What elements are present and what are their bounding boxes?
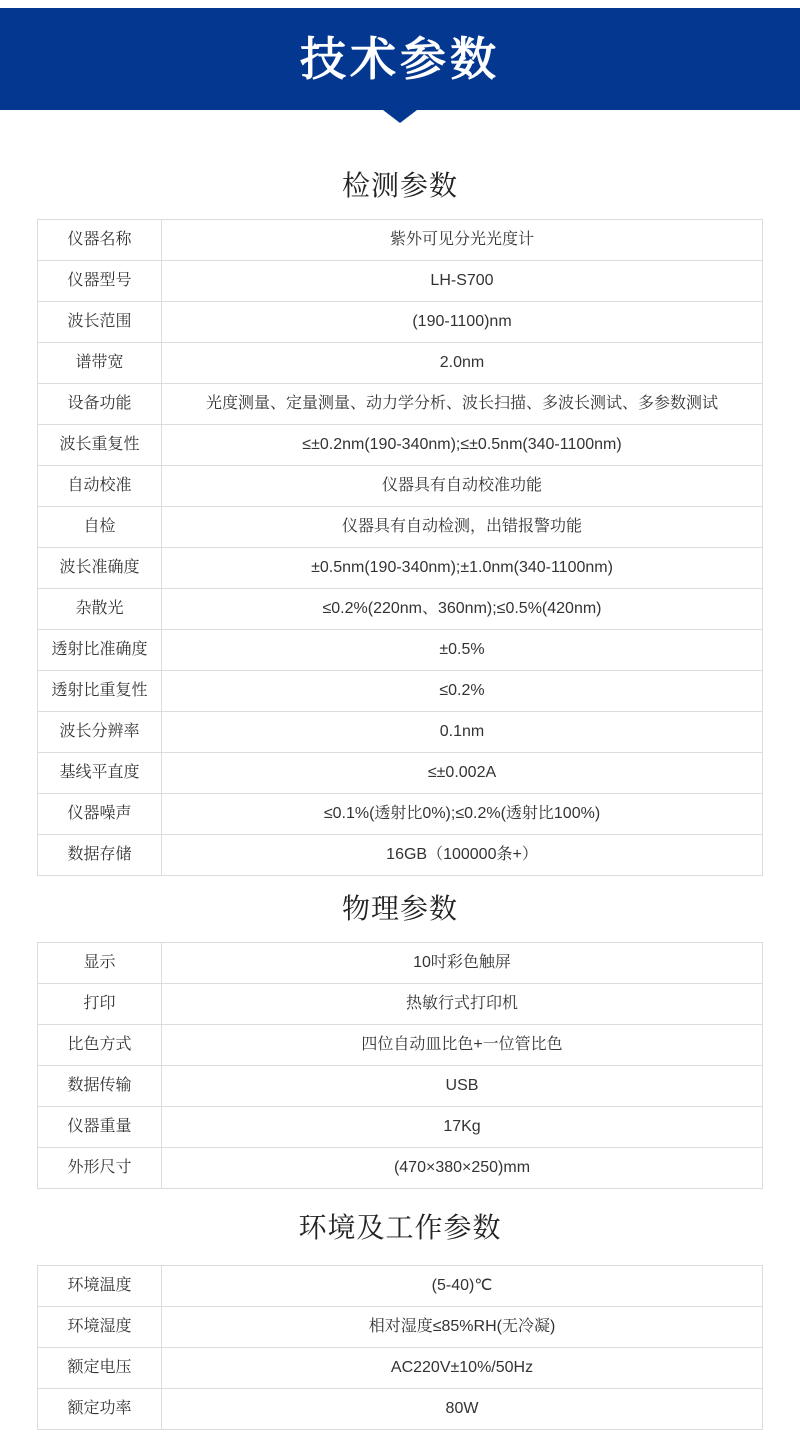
spec-value: ≤±0.002A: [162, 753, 762, 793]
spec-label: 仪器重量: [38, 1107, 162, 1147]
spec-value: (190-1100)nm: [162, 302, 762, 342]
banner-notch-triangle: [383, 110, 417, 123]
spec-label: 显示: [38, 943, 162, 983]
spec-value: (5-40)℃: [162, 1266, 762, 1306]
table-row: 谱带宽2.0nm: [38, 342, 762, 383]
table-row: 波长准确度±0.5nm(190-340nm);±1.0nm(340-1100nm…: [38, 547, 762, 588]
table-row: 额定功率80W: [38, 1388, 762, 1429]
table-row: 透射比重复性≤0.2%: [38, 670, 762, 711]
spec-label: 波长分辨率: [38, 712, 162, 752]
table-row: 环境湿度相对湿度≤85%RH(无冷凝): [38, 1306, 762, 1347]
spec-value: 80W: [162, 1389, 762, 1429]
spec-value: (470×380×250)mm: [162, 1148, 762, 1188]
table-row: 基线平直度≤±0.002A: [38, 752, 762, 793]
section-title-environment: 环境及工作参数: [0, 1211, 800, 1245]
spec-value: ≤0.2%: [162, 671, 762, 711]
table-row: 显示10吋彩色触屏: [38, 943, 762, 983]
spec-value: 仪器具有自动校准功能: [162, 466, 762, 506]
table-row: 设备功能光度测量、定量测量、动力学分析、波长扫描、多波长测试、多参数测试: [38, 383, 762, 424]
spec-label: 环境湿度: [38, 1307, 162, 1347]
spec-value: 四位自动皿比色+一位管比色: [162, 1025, 762, 1065]
spec-label: 透射比重复性: [38, 671, 162, 711]
spec-label: 仪器型号: [38, 261, 162, 301]
spec-label: 波长范围: [38, 302, 162, 342]
spec-label: 波长准确度: [38, 548, 162, 588]
spec-value: 2.0nm: [162, 343, 762, 383]
spec-label: 仪器噪声: [38, 794, 162, 834]
table-row: 自检仪器具有自动检测，出错报警功能: [38, 506, 762, 547]
environment-params-table: 环境温度(5-40)℃环境湿度相对湿度≤85%RH(无冷凝)额定电压AC220V…: [37, 1265, 763, 1430]
spec-sections: 检测参数 仪器名称紫外可见分光光度计仪器型号LH-S700波长范围(190-11…: [0, 169, 800, 1430]
spec-label: 打印: [38, 984, 162, 1024]
spec-value: 热敏行式打印机: [162, 984, 762, 1024]
table-row: 打印热敏行式打印机: [38, 983, 762, 1024]
table-row: 波长范围(190-1100)nm: [38, 301, 762, 342]
table-row: 仪器型号LH-S700: [38, 260, 762, 301]
header-banner: 技术参数: [0, 8, 800, 110]
spec-label: 数据存储: [38, 835, 162, 875]
table-row: 波长重复性≤±0.2nm(190-340nm);≤±0.5nm(340-1100…: [38, 424, 762, 465]
section-physical-params: 物理参数 显示10吋彩色触屏打印热敏行式打印机比色方式四位自动皿比色+一位管比色…: [0, 892, 800, 1189]
spec-label: 仪器名称: [38, 220, 162, 260]
spec-value: 光度测量、定量测量、动力学分析、波长扫描、多波长测试、多参数测试: [162, 384, 762, 424]
spec-value: ±0.5nm(190-340nm);±1.0nm(340-1100nm): [162, 548, 762, 588]
spec-value: ≤0.2%(220nm、360nm);≤0.5%(420nm): [162, 589, 762, 629]
spec-value: ±0.5%: [162, 630, 762, 670]
table-row: 额定电压AC220V±10%/50Hz: [38, 1347, 762, 1388]
table-row: 比色方式四位自动皿比色+一位管比色: [38, 1024, 762, 1065]
spec-value: 0.1nm: [162, 712, 762, 752]
spec-label: 自检: [38, 507, 162, 547]
table-row: 自动校准仪器具有自动校准功能: [38, 465, 762, 506]
table-row: 仪器重量17Kg: [38, 1106, 762, 1147]
section-title-detection: 检测参数: [0, 169, 800, 203]
spec-label: 透射比准确度: [38, 630, 162, 670]
table-row: 仪器噪声≤0.1%(透射比0%);≤0.2%(透射比100%): [38, 793, 762, 834]
section-detection-params: 检测参数 仪器名称紫外可见分光光度计仪器型号LH-S700波长范围(190-11…: [0, 169, 800, 876]
table-row: 环境温度(5-40)℃: [38, 1266, 762, 1306]
spec-label: 外形尺寸: [38, 1148, 162, 1188]
spec-label: 杂散光: [38, 589, 162, 629]
spec-value: 16GB（100000条+）: [162, 835, 762, 875]
section-title-physical: 物理参数: [0, 892, 800, 926]
table-row: 外形尺寸(470×380×250)mm: [38, 1147, 762, 1188]
spec-label: 自动校准: [38, 466, 162, 506]
spec-label: 额定电压: [38, 1348, 162, 1388]
detection-params-table: 仪器名称紫外可见分光光度计仪器型号LH-S700波长范围(190-1100)nm…: [37, 219, 763, 876]
spec-value: ≤0.1%(透射比0%);≤0.2%(透射比100%): [162, 794, 762, 834]
physical-params-table: 显示10吋彩色触屏打印热敏行式打印机比色方式四位自动皿比色+一位管比色数据传输U…: [37, 942, 763, 1189]
spec-value: AC220V±10%/50Hz: [162, 1348, 762, 1388]
spec-value: 紫外可见分光光度计: [162, 220, 762, 260]
table-row: 透射比准确度±0.5%: [38, 629, 762, 670]
table-row: 数据存储16GB（100000条+）: [38, 834, 762, 875]
spec-label: 谱带宽: [38, 343, 162, 383]
table-row: 波长分辨率0.1nm: [38, 711, 762, 752]
table-row: 仪器名称紫外可见分光光度计: [38, 220, 762, 260]
spec-label: 额定功率: [38, 1389, 162, 1429]
section-environment-params: 环境及工作参数 环境温度(5-40)℃环境湿度相对湿度≤85%RH(无冷凝)额定…: [0, 1211, 800, 1430]
spec-value: USB: [162, 1066, 762, 1106]
table-row: 数据传输USB: [38, 1065, 762, 1106]
spec-value: ≤±0.2nm(190-340nm);≤±0.5nm(340-1100nm): [162, 425, 762, 465]
spec-label: 设备功能: [38, 384, 162, 424]
table-row: 杂散光≤0.2%(220nm、360nm);≤0.5%(420nm): [38, 588, 762, 629]
spec-label: 环境温度: [38, 1266, 162, 1306]
spec-label: 基线平直度: [38, 753, 162, 793]
spec-label: 波长重复性: [38, 425, 162, 465]
spec-value: 相对湿度≤85%RH(无冷凝): [162, 1307, 762, 1347]
spec-value: 10吋彩色触屏: [162, 943, 762, 983]
spec-value: 17Kg: [162, 1107, 762, 1147]
spec-page: 技术参数 检测参数 仪器名称紫外可见分光光度计仪器型号LH-S700波长范围(1…: [0, 8, 800, 1430]
spec-value: LH-S700: [162, 261, 762, 301]
spec-label: 数据传输: [38, 1066, 162, 1106]
spec-label: 比色方式: [38, 1025, 162, 1065]
spec-value: 仪器具有自动检测，出错报警功能: [162, 507, 762, 547]
page-title: 技术参数: [300, 36, 500, 82]
